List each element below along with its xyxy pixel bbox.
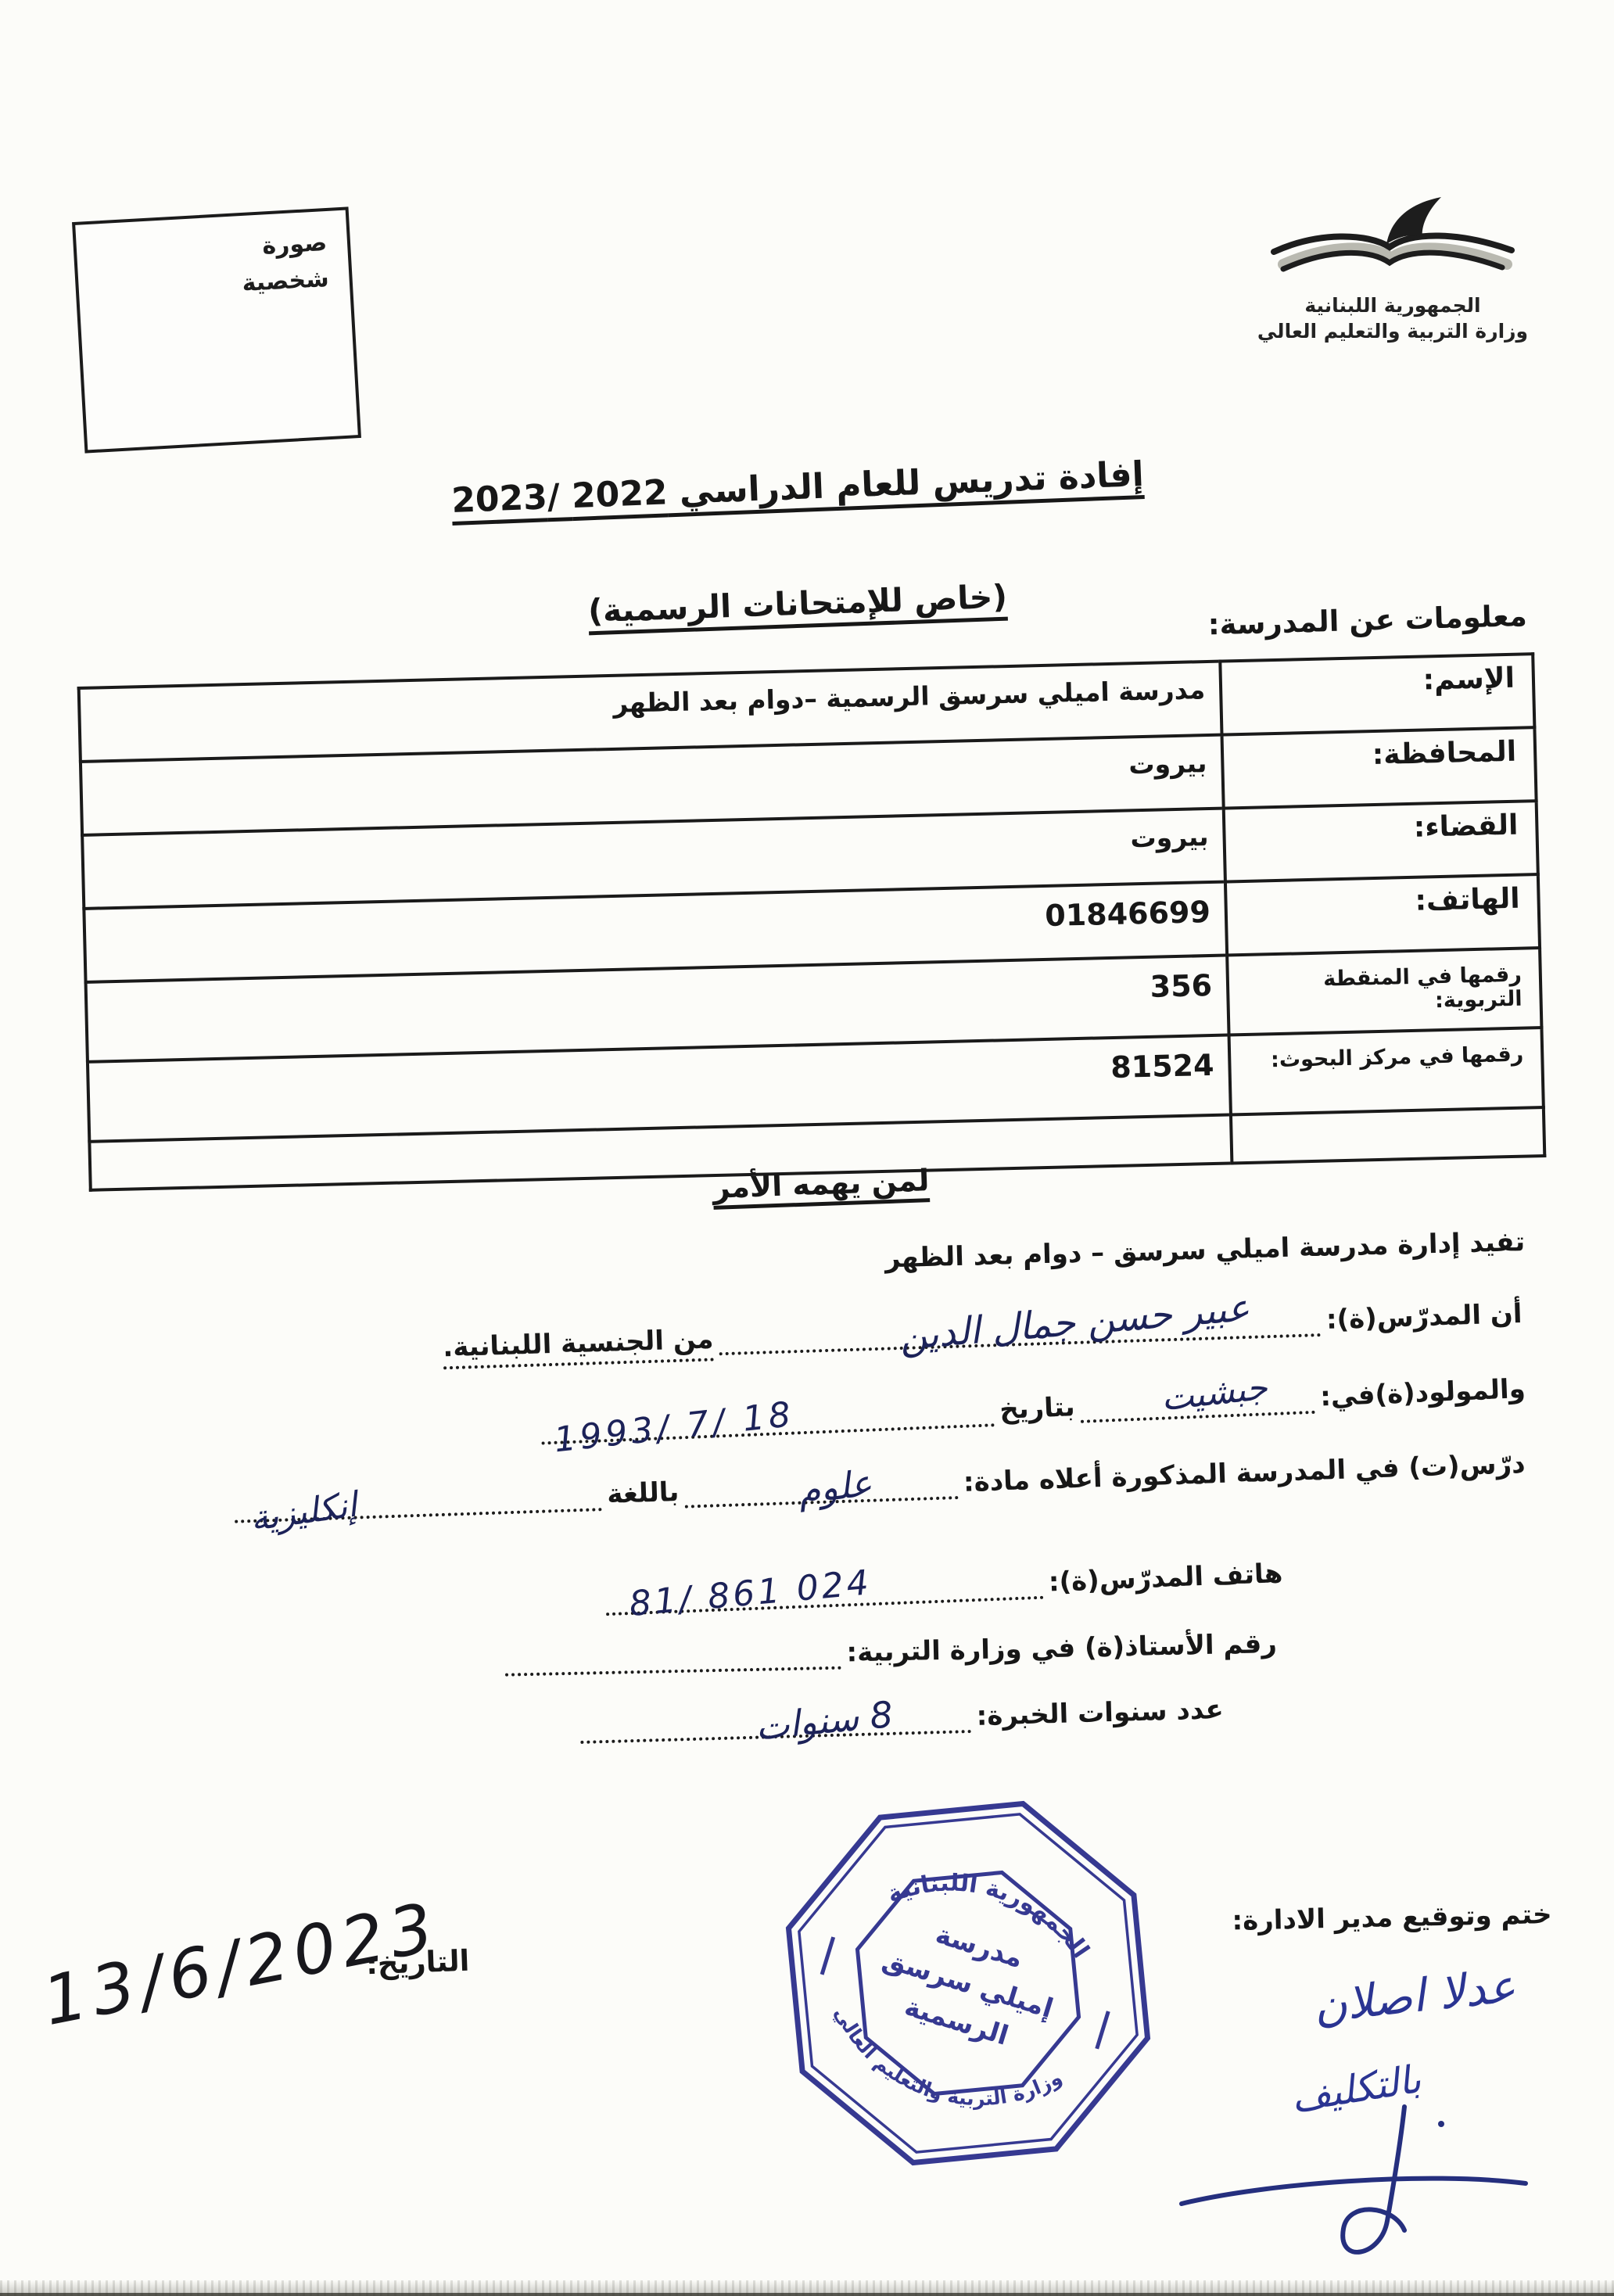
handwritten-subject: علوم <box>796 1462 875 1512</box>
handwritten-date: 13/6/2023 <box>37 1888 446 2041</box>
row-label: رقمها في مركز البحوث: <box>1229 1028 1544 1114</box>
row-label: الإسم: <box>1220 654 1534 734</box>
stamp-left-tick <box>822 1937 834 1975</box>
scanned-teaching-certificate: صورة شخصية الجمهورية اللبنانية وزارة الت… <box>0 0 1614 2296</box>
letter-line-experience: عدد سنوات الخبرة:8 سنوات <box>574 1694 1224 1744</box>
document-subtitle: (خاص للإمتحانات الرسمية) <box>437 572 1157 635</box>
open-book-icon <box>1260 192 1526 292</box>
ministry-number-label: رقم الأستاذ(ة) في وزارة التربية: <box>846 1628 1277 1669</box>
row-label: رقمها في المنقطة التربوية: <box>1227 948 1541 1035</box>
school-stamp-seal: الجمهورية اللبنانية وزارة التربية والتعل… <box>724 1739 1212 2227</box>
taught-prefix: درّس(ت) في المدرسة المذكورة أعلاه مادة: <box>963 1448 1526 1498</box>
director-signature-flourish <box>1170 2096 1537 2276</box>
ministry-country: الجمهورية اللبنانية <box>1225 292 1561 318</box>
teacher-prefix: أن المدرّس(ة): <box>1326 1298 1523 1336</box>
dotted-field-birthdate: 1993/ 7/ 18 <box>540 1400 995 1444</box>
handwritten-language: إنكليزية <box>248 1485 359 1539</box>
letter-line-subject: درّس(ت) في المدرسة المذكورة أعلاه مادة:ع… <box>228 1448 1526 1523</box>
dotted-field-language: إنكليزية <box>234 1484 602 1523</box>
letter-line-intro: تفيد إدارة مدرسة اميلي سرسق – دوام بعد ا… <box>880 1226 1526 1275</box>
handwritten-birthplace: جبشيت <box>1159 1368 1269 1419</box>
born-mid: بتاريخ <box>999 1391 1076 1426</box>
row-label: الهاتف: <box>1225 874 1540 955</box>
ministry-logo: الجمهورية اللبنانية وزارة التربية والتعل… <box>1225 192 1561 344</box>
experience-label: عدد سنوات الخبرة: <box>976 1694 1224 1732</box>
handwritten-teacher-name: عبير حسن جمال الدين <box>898 1286 1252 1358</box>
photo-label-line1: صورة <box>239 225 328 266</box>
director-signature-label: ختم وتوقيع مدير الادارة: <box>1232 1899 1552 1937</box>
row-label <box>1231 1107 1544 1163</box>
school-info-table: الإسم: مدرسة اميلي سرسق الرسمية –دوام بع… <box>77 652 1547 1192</box>
handwritten-teacher-phone: 81/ 861 024 <box>628 1562 873 1624</box>
row-label: القضاء: <box>1224 801 1538 881</box>
handwritten-experience: 8 سنوات <box>753 1693 895 1749</box>
dotted-field-ministry-number <box>504 1643 841 1677</box>
row-label: المحافظة: <box>1222 727 1537 808</box>
dotted-field-teacher-name: عبير حسن جمال الدين <box>719 1310 1322 1355</box>
phone-label: هاتف المدرّس(ة): <box>1049 1558 1284 1598</box>
scan-bottom-line <box>0 2293 1614 2296</box>
letter-line-phone: هاتف المدرّس(ة):81/ 861 024 <box>600 1558 1283 1616</box>
teacher-suffix: من الجنسية اللبنانية. <box>443 1323 715 1369</box>
letter-intro-text: تفيد إدارة مدرسة اميلي سرسق – دوام بعد ا… <box>885 1226 1526 1274</box>
language-label: باللغة <box>607 1476 680 1510</box>
document-title: إفادة تدريس للعام الدراسي 2022 /2023 <box>406 453 1189 522</box>
ministry-name: وزارة التربية والتعليم العالي <box>1225 318 1561 344</box>
stamp-right-tick <box>1097 2011 1109 2049</box>
photo-placeholder-box: صورة شخصية <box>72 206 361 453</box>
born-prefix: والمولود(ة)في: <box>1320 1373 1526 1413</box>
dotted-field-birthplace: جبشيت <box>1080 1387 1315 1423</box>
dotted-field-experience: 8 سنوات <box>579 1706 971 1744</box>
dotted-field-teacher-phone: 81/ 861 024 <box>605 1573 1044 1616</box>
letter-line-teacher: أن المدرّس(ة):عبير حسن جمال الدينمن الجن… <box>437 1298 1523 1365</box>
letter-line-ministry-number: رقم الأستاذ(ة) في وزارة التربية: <box>499 1628 1277 1677</box>
photo-label-line2: شخصية <box>241 261 330 302</box>
handwritten-birthdate: 1993/ 7/ 18 <box>552 1394 796 1461</box>
handwritten-director-name: عدلا اصلان <box>1311 1959 1518 2033</box>
dotted-field-subject: علوم <box>684 1473 959 1509</box>
school-info-heading: معلومات عن المدرسة: <box>1207 599 1527 641</box>
letter-line-birth: والمولود(ة)في:جبشيتبتاريخ1993/ 7/ 18 <box>535 1373 1526 1445</box>
photo-label: صورة شخصية <box>239 225 330 302</box>
